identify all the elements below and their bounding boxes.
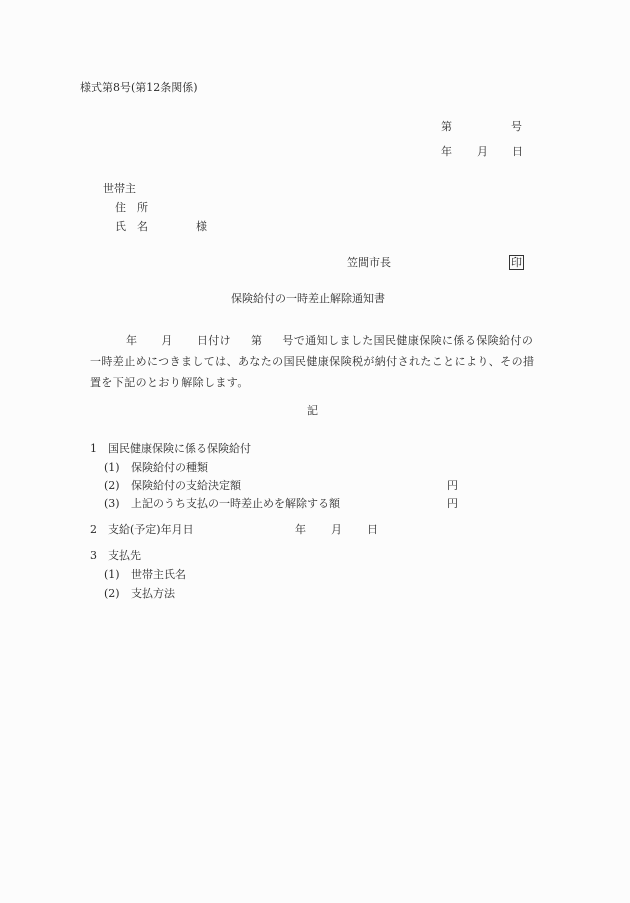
seal-icon: 印 xyxy=(509,255,524,270)
section-3-item-2-label: 支払方法 xyxy=(131,588,175,599)
section-2-date-day: 日 xyxy=(367,524,378,535)
body-year: 年 xyxy=(126,334,137,347)
form-label: 様式第8号(第12条関係) xyxy=(80,82,198,93)
ki-heading: 記 xyxy=(307,405,318,416)
recipient-honorific: 様 xyxy=(196,221,207,232)
section-1-item-3-label: 上記のうち支払の一時差止めを解除する額 xyxy=(131,498,340,509)
body-paragraph: 年月日付け第号で通知しました国民健康保険に係る保険給付の 一時差止めにつきまして… xyxy=(90,330,550,393)
body-line-1: 年月日付け第号で通知しました国民健康保険に係る保険給付の xyxy=(90,330,550,351)
recipient-heading: 世帯主 xyxy=(103,183,136,194)
issue-date-month: 月 xyxy=(477,146,488,157)
section-3-item-1-label: 世帯主氏名 xyxy=(131,569,186,580)
body-month: 月 xyxy=(161,334,172,347)
reference-number-prefix: 第 xyxy=(441,121,452,132)
body-line-1-rest: 号で通知しました国民健康保険に係る保険給付の xyxy=(282,334,533,347)
issue-date-year: 年 xyxy=(441,146,452,157)
body-day: 日付け xyxy=(197,334,231,347)
section-2-date-year: 年 xyxy=(295,524,306,535)
section-1-item-1-label: 保険給付の種類 xyxy=(131,462,208,473)
section-1-number: 1 xyxy=(90,443,97,454)
body-line-3: 置を下記のとおり解除します。 xyxy=(90,372,550,393)
section-3-item-2-number: (2) xyxy=(104,588,120,599)
section-2-title: 支給(予定)年月日 xyxy=(108,524,194,535)
section-3-item-1-number: (1) xyxy=(104,569,120,580)
document-title: 保険給付の一時差止解除通知書 xyxy=(231,293,385,304)
section-1-item-2-number: (2) xyxy=(104,480,120,491)
section-1-item-3-number: (3) xyxy=(104,498,120,509)
section-1-item-1-number: (1) xyxy=(104,462,120,473)
section-1-item-2-label: 保険給付の支給決定額 xyxy=(131,480,241,491)
body-line-2: 一時差止めにつきましては、あなたの国民健康保険税が納付されたことにより、その措 xyxy=(90,351,550,372)
reference-number-suffix: 号 xyxy=(511,121,522,132)
body-number-prefix: 第 xyxy=(251,334,262,347)
issuer-title: 笠間市長 xyxy=(347,257,391,268)
recipient-name-label: 氏 名 xyxy=(115,221,148,232)
section-2-date-month: 月 xyxy=(331,524,342,535)
section-1-item-2-unit: 円 xyxy=(447,480,458,491)
section-1-item-3-unit: 円 xyxy=(447,498,458,509)
section-3-title: 支払先 xyxy=(108,550,141,561)
seal-mark: 印 xyxy=(509,255,524,270)
section-3-number: 3 xyxy=(90,550,97,561)
section-2-number: 2 xyxy=(90,524,97,535)
issue-date-day: 日 xyxy=(512,146,523,157)
recipient-address-label: 住 所 xyxy=(115,202,148,213)
section-1-title: 国民健康保険に係る保険給付 xyxy=(108,443,251,454)
